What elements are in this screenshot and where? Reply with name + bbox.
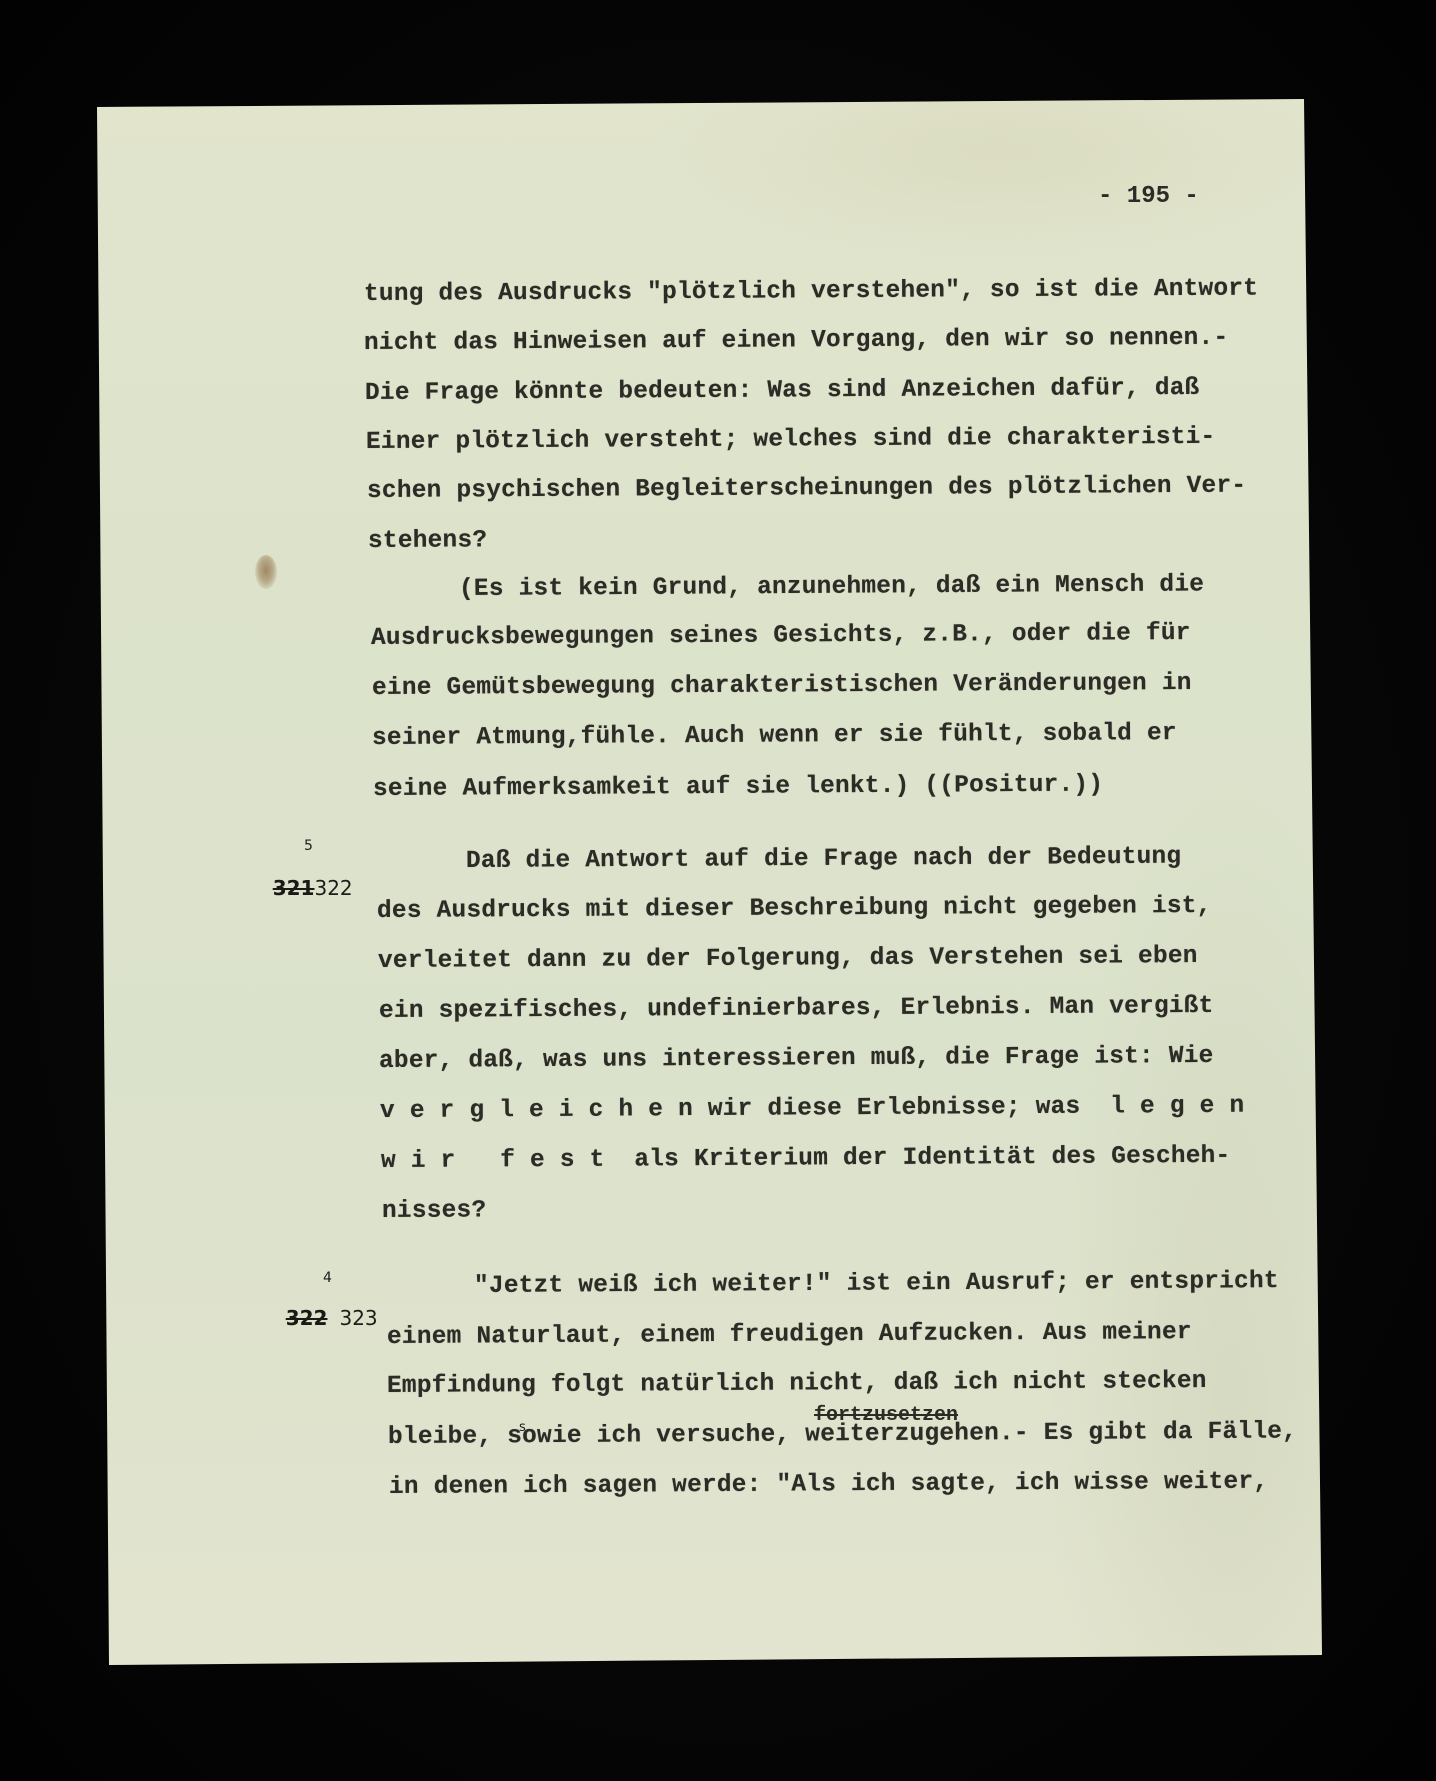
text-line: v e r g l e i c h e n wir diese Erlebnis…	[380, 1095, 1244, 1125]
superscript-correction: 5	[304, 838, 313, 854]
new-number: 323	[339, 1306, 377, 1330]
text-line: des Ausdrucks mit dieser Beschreibung ni…	[377, 895, 1212, 925]
text-line: in denen ich sagen werde: "Als ich sagte…	[389, 1471, 1268, 1501]
text-line: "Jetzt weiß ich weiter!" ist ein Ausruf;…	[474, 1270, 1279, 1299]
text-line: nisses?	[382, 1199, 486, 1224]
margin-note-322: 321322 5	[260, 852, 353, 924]
text-line: nicht das Hinweisen auf einen Vorgang, d…	[364, 327, 1228, 357]
text-line: Ausdrucksbewegungen seines Gesichts, z.B…	[371, 622, 1191, 652]
new-number: 322	[314, 876, 352, 900]
text-line: Einer plötzlich versteht; welches sind d…	[366, 426, 1216, 456]
text-line: (Es ist kein Grund, anzunehmen, daß ein …	[459, 573, 1204, 602]
text-line: eine Gemütsbewegung charakteristischen V…	[372, 672, 1192, 702]
struck-old-number: 321	[273, 876, 315, 900]
text-line: verleitet dann zu der Folgerung, das Ver…	[378, 945, 1198, 975]
text-line: einem Naturlaut, einem freudigen Aufzuck…	[387, 1321, 1192, 1350]
superscript-correction: 4	[323, 1270, 332, 1286]
typescript-page	[0, 0, 1436, 1781]
text-line: ein spezifisches, undefinierbares, Erleb…	[379, 995, 1214, 1025]
margin-note-323: 322323 4	[273, 1282, 378, 1354]
text-line: seiner Atmung,fühle. Auch wenn er sie fü…	[372, 722, 1177, 751]
text-line: tung des Ausdrucks "plötzlich verstehen"…	[364, 278, 1258, 308]
paper-stain	[255, 555, 277, 589]
text-line: Die Frage könnte bedeuten: Was sind Anze…	[365, 377, 1200, 407]
text-line: bleibe, sowie ich versuche, weiterzugehe…	[388, 1420, 1297, 1450]
struck-old-number: 322	[286, 1306, 328, 1330]
text-line: schen psychischen Begleiterscheinungen d…	[367, 475, 1246, 505]
text-line: w i r f e s t als Kriterium der Identitä…	[381, 1145, 1231, 1175]
text-line: aber, daß, was uns interessieren muß, di…	[379, 1045, 1214, 1075]
text-line: stehens?	[368, 529, 487, 554]
text-line: seine Aufmerksamkeit auf sie lenkt.) ((P…	[373, 774, 1103, 803]
page-number: - 195 -	[1098, 183, 1199, 210]
text-line: Empfindung folgt natürlich nicht, daß ic…	[387, 1370, 1207, 1400]
text-line: Daß die Antwort auf die Frage nach der B…	[466, 846, 1181, 875]
